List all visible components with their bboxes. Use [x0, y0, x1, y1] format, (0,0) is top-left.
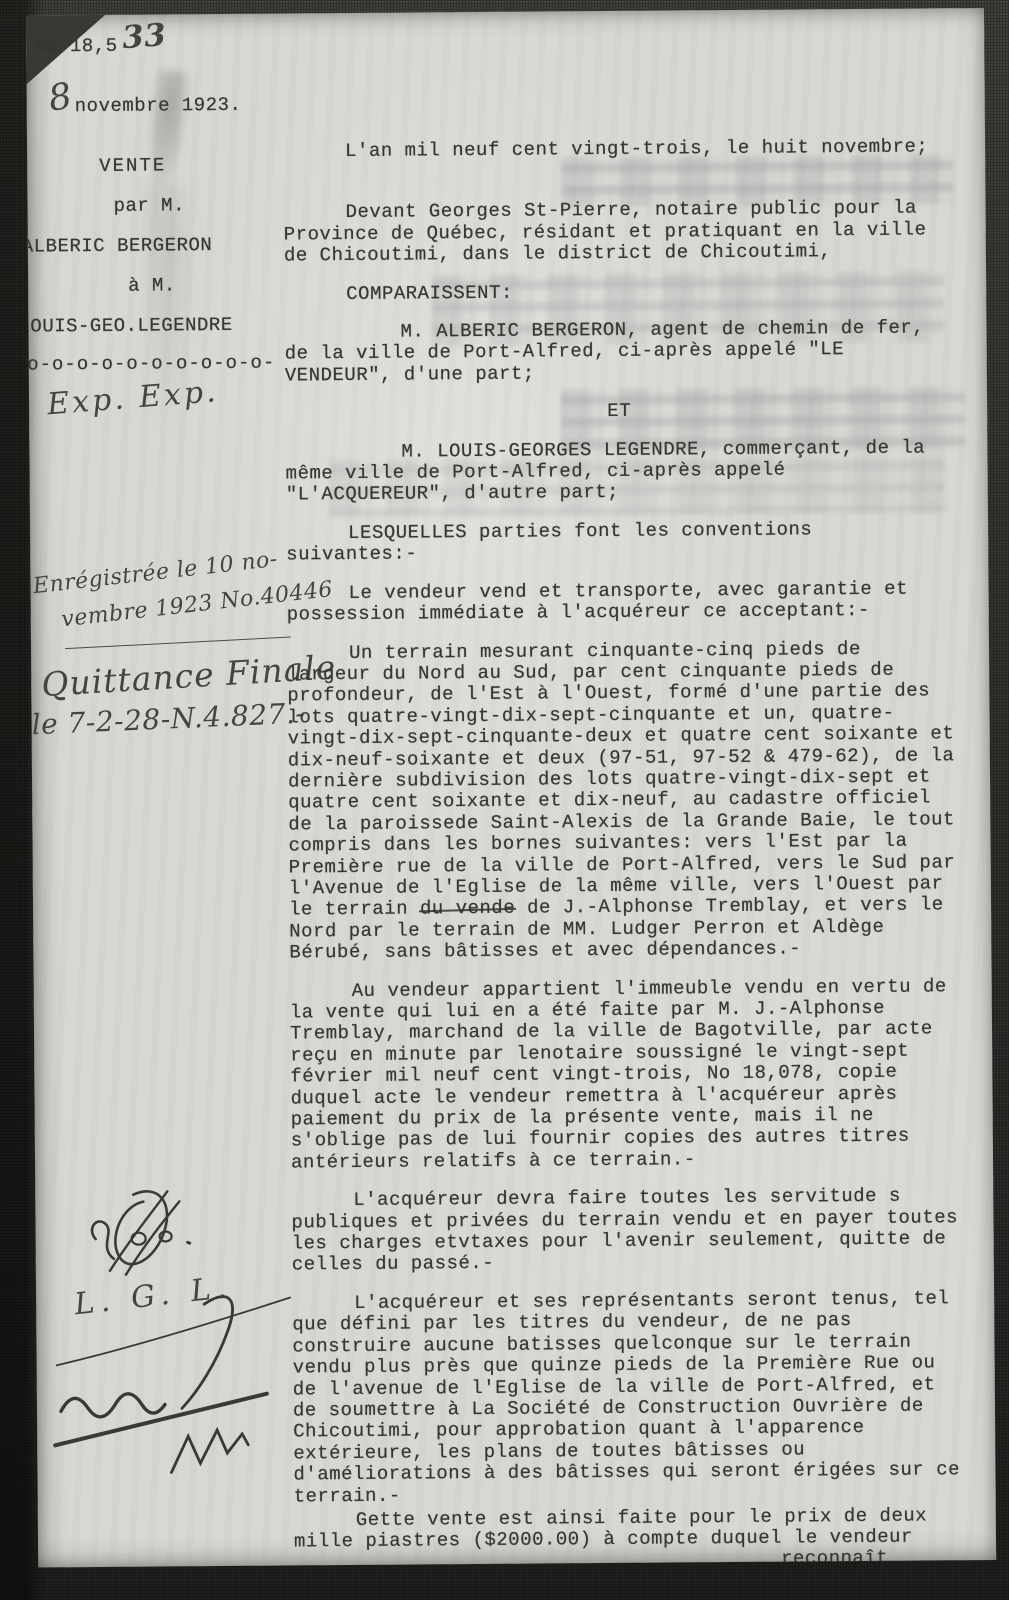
- margin-buyer-name: LOUIS-GEO.LEGENDRE: [26, 314, 233, 338]
- document-number: No 18,5: [34, 35, 117, 58]
- margin-a-m: à M.: [128, 274, 176, 296]
- sale-clause: Le vendeur vend et transporte, avec gara…: [286, 578, 954, 626]
- notary-intro: Devant Georges St-Pierre, notaire public…: [284, 198, 952, 267]
- monogram-signature: [81, 1176, 200, 1287]
- lesquelles-clause: LESQUELLES parties font les conventions …: [286, 518, 954, 566]
- document-number-handwritten: 33: [121, 17, 168, 56]
- servitudes-clause: L'acquéreur devra faire toutes les servi…: [291, 1185, 960, 1276]
- signature-block: L. G. L.: [46, 1275, 328, 1482]
- margin-separator-dashes: -o-o-o-o-o-o-o-o-o-o-: [26, 352, 275, 376]
- scanned-deed-page: No 18,5 33 8 novembre 1923. VENTE par M.…: [0, 0, 1009, 1600]
- opening-date-line: L'an mil neuf cent vingt-trois, le huit …: [283, 136, 951, 163]
- document-body: L'an mil neuf cent vingt-trois, le huit …: [283, 136, 962, 1567]
- registration-underline: [65, 637, 291, 650]
- vendor-clause: M. ALBERIC BERGERON, agent de chemin de …: [284, 317, 952, 386]
- margin-par-m: par M.: [113, 194, 185, 217]
- margin-vendor-name: ALBERIC BERGERON: [26, 234, 212, 257]
- title-origin-clause: Au vendeur appartient l'immeuble vendu e…: [290, 976, 959, 1174]
- et-separator: ET: [285, 399, 953, 426]
- date-typed: novembre 1923.: [75, 94, 242, 117]
- terrain-description: Un terrain mesurant cinquante-cinq pieds…: [287, 638, 958, 964]
- construction-restriction-clause: L'acquéreur et ses représentants seront …: [292, 1288, 962, 1507]
- buyer-clause: M. LOUIS-GEORGES LEGENDRE, commerçant, d…: [285, 437, 953, 506]
- signature-flourish: [46, 1275, 328, 1482]
- paper-sheet: No 18,5 33 8 novembre 1923. VENTE par M.…: [26, 8, 996, 1567]
- date-day-handwritten: 8: [45, 76, 75, 120]
- quittance-note-line2: le 7-2-28-N.4.827.-: [31, 697, 306, 742]
- monogram-flourish: [81, 1176, 200, 1287]
- comparaissent-heading: COMPARAISSENT:: [284, 279, 952, 306]
- margin-title-vente: VENTE: [99, 154, 166, 177]
